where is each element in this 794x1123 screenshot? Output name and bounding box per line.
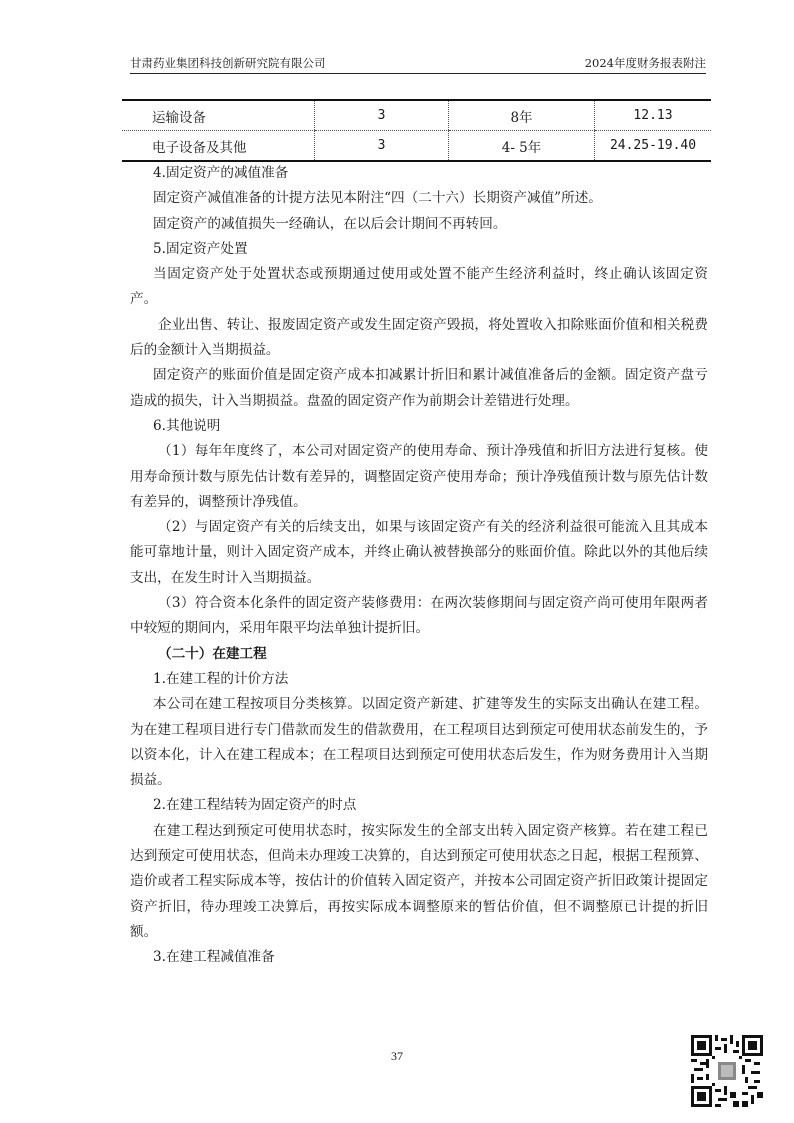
table-row: 运输设备 3 8年 12.13 xyxy=(122,100,711,131)
document-body: 4.固定资产的减值准备 固定资产减值准备的计提方法见本附注“四（二十六）长期资产… xyxy=(130,161,708,971)
paragraph: 企业出售、转让、报废固定资产或发生固定资产毁损，将处置收入扣除账面价值和相关税费… xyxy=(130,313,708,364)
section-title: （二十）在建工程 xyxy=(130,642,708,667)
report-title: 2024年度财务报表附注 xyxy=(585,55,706,71)
subheading: 5.固定资产处置 xyxy=(130,237,708,262)
table-row: 电子设备及其他 3 4- 5年 24.25-19.40 xyxy=(122,131,711,162)
paragraph: 固定资产的账面价值是固定资产成本扣减累计折旧和累计减值准备后的金额。固定资产盘亏… xyxy=(130,363,708,414)
category-cell: 运输设备 xyxy=(122,100,315,131)
subheading: 2.在建工程结转为固定资产的时点 xyxy=(130,793,708,818)
annual-rate-cell: 12.13 xyxy=(595,100,712,131)
paragraph: 当固定资产处于处置状态或预期通过使用或处置不能产生经济利益时，终止确认该固定资产… xyxy=(130,262,708,313)
residual-rate-cell: 3 xyxy=(315,100,449,131)
paragraph: （2）与固定资产有关的后续支出，如果与该固定资产有关的经济利益很可能流入且其成本… xyxy=(130,515,708,591)
category-cell: 电子设备及其他 xyxy=(122,131,315,162)
subheading: 1.在建工程的计价方法 xyxy=(130,667,708,692)
subheading: 4.固定资产的减值准备 xyxy=(130,161,708,186)
useful-life-cell: 4- 5年 xyxy=(449,131,595,162)
paragraph: 固定资产的减值损失一经确认，在以后会计期间不再转回。 xyxy=(130,212,708,237)
paragraph: （3）符合资本化条件的固定资产装修费用：在两次装修期间与固定资产尚可使用年限两者… xyxy=(130,591,708,642)
subheading: 3.在建工程减值准备 xyxy=(130,945,708,970)
annual-rate-cell: 24.25-19.40 xyxy=(595,131,712,162)
useful-life-cell: 8年 xyxy=(449,100,595,131)
paragraph: 在建工程达到预定可使用状态时，按实际发生的全部支出转入固定资产核算。若在建工程已… xyxy=(130,819,708,945)
residual-rate-cell: 3 xyxy=(315,131,449,162)
page-header: 甘肃药业集团科技创新研究院有限公司 2024年度财务报表附注 xyxy=(130,53,706,74)
subheading: 6.其他说明 xyxy=(130,414,708,439)
paragraph: 固定资产减值准备的计提方法见本附注“四（二十六）长期资产减值”所述。 xyxy=(130,186,708,211)
depreciation-table: 运输设备 3 8年 12.13 电子设备及其他 3 4- 5年 24.25-19… xyxy=(122,99,711,162)
paragraph: 本公司在建工程按项目分类核算。以固定资产新建、扩建等发生的实际支出确认在建工程。… xyxy=(130,692,708,793)
qr-code-icon xyxy=(691,1035,763,1107)
page-number: 37 xyxy=(0,1049,794,1064)
paragraph: （1）每年年度终了，本公司对固定资产的使用寿命、预计净残值和折旧方法进行复核。使… xyxy=(130,439,708,515)
company-name: 甘肃药业集团科技创新研究院有限公司 xyxy=(130,55,326,71)
